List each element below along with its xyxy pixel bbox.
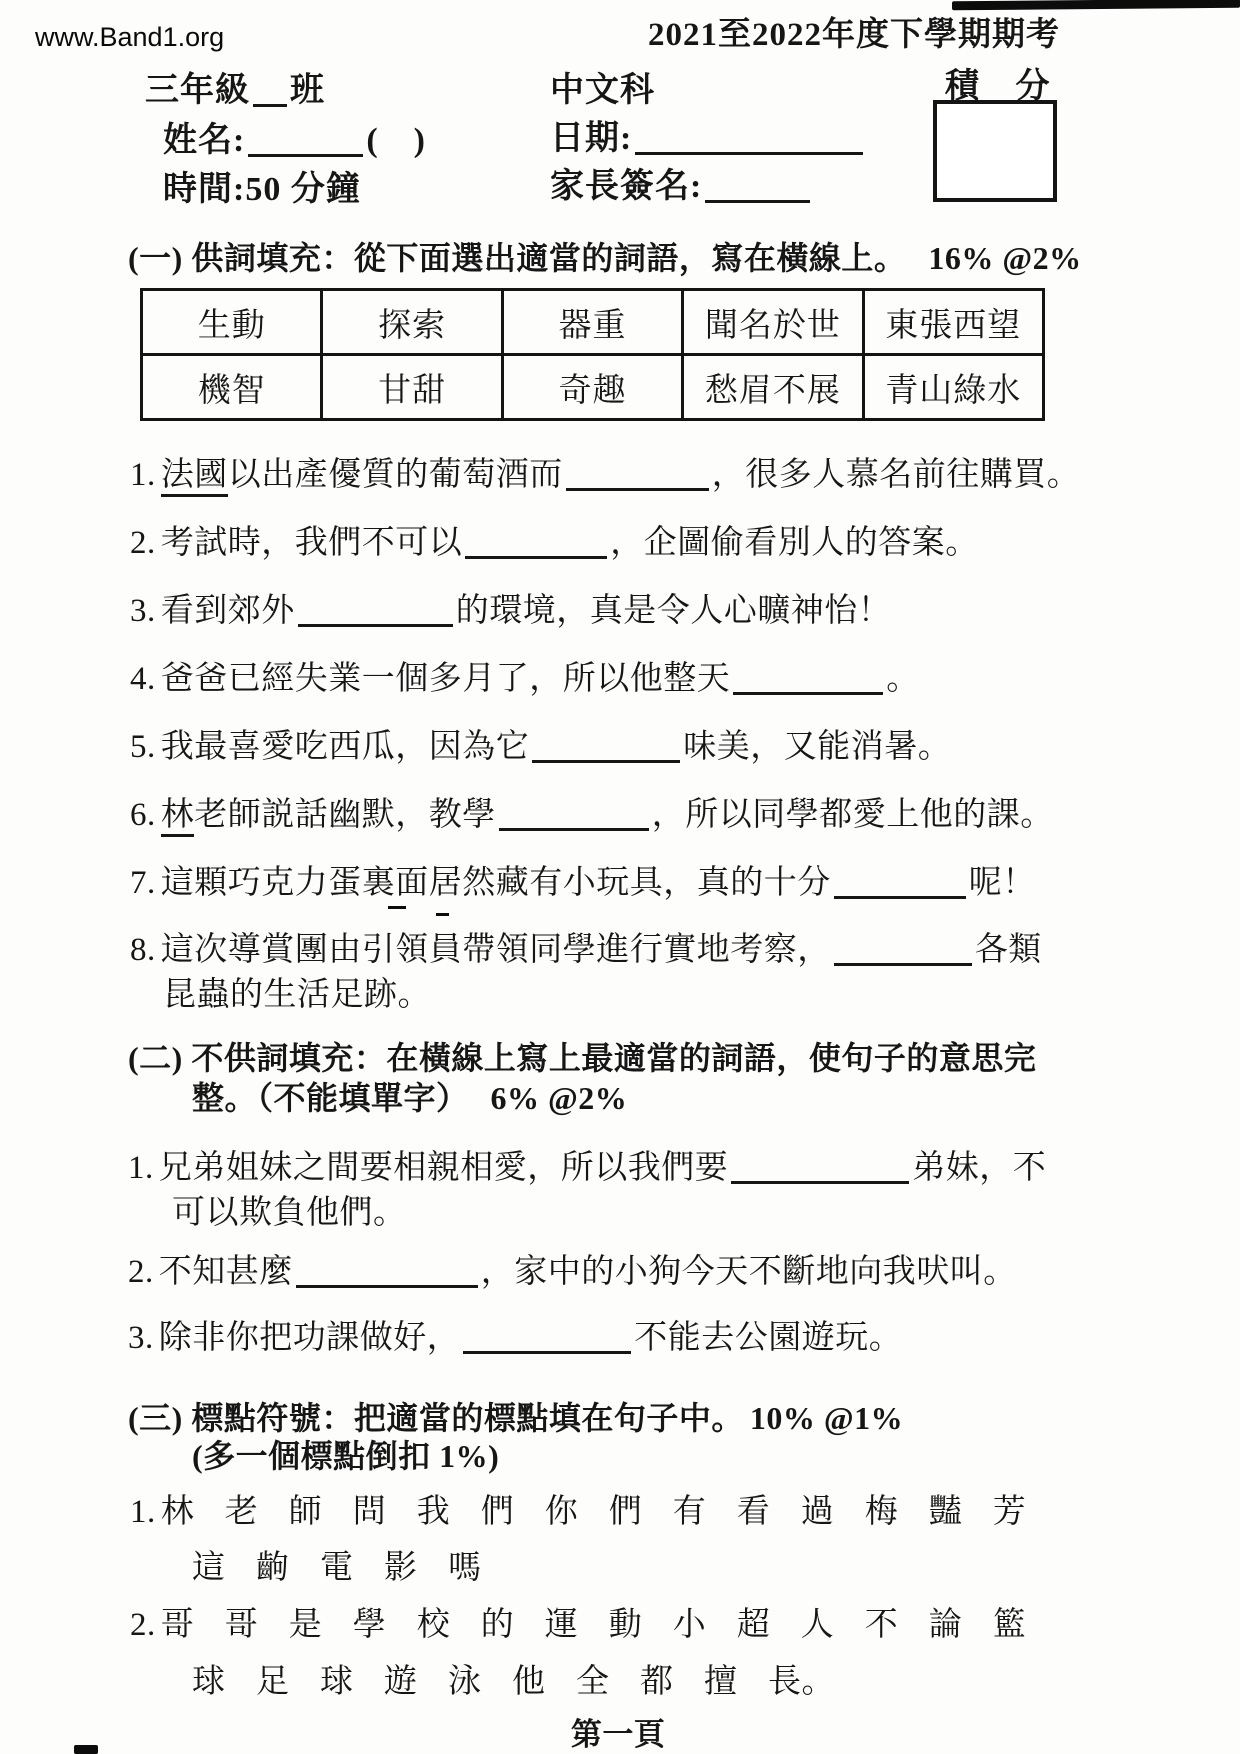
punct-char: 有 (673, 1492, 709, 1533)
punct-char: 足 (256, 1662, 292, 1703)
sentence-text: 可以欺負他們。 (172, 1195, 407, 1231)
name-label: 姓名: (163, 122, 245, 159)
sentence-text: 爸爸已經失業一個多月了，所以他整天 (161, 661, 731, 697)
sentence-line: 2.不知甚麼，家中的小狗今天不斷地向我吠叫。 (128, 1252, 1017, 1293)
sentence-text: ，很多人慕名前往購買。 (712, 457, 1081, 493)
punct-char: 不 (865, 1605, 901, 1646)
item-number: 1. (130, 457, 156, 493)
name-line: 姓名:( ) (163, 112, 426, 161)
punct-char: 泳 (448, 1662, 484, 1703)
parent-sign-blank (705, 200, 810, 203)
section3-heading-line1: (三) 標點符號：把適當的標點填在句子中。10% @1% (128, 1398, 903, 1438)
scan-artifact-dash (388, 906, 406, 909)
sentence-text: 不能去公園遊玩。 (634, 1320, 902, 1356)
answer-blank (532, 760, 680, 763)
punct-char: 哥 (161, 1605, 197, 1646)
section2-heading-line2-text: 整。（不能填單字） (192, 1080, 469, 1116)
punct-char: 們 (609, 1492, 645, 1533)
underlined-word: 林 (161, 797, 195, 837)
punct-char: 豔 (929, 1492, 965, 1533)
sentence-line: 8.這次導賞團由引領員帶領同學進行實地考察，各類 (130, 930, 1042, 971)
section3-marks: 10% @1% (750, 1400, 903, 1436)
sentence-line: 7.這顆巧克力蛋裏面居然藏有小玩具，真的十分呢！ (130, 863, 1036, 904)
punct-char: 你 (545, 1492, 581, 1533)
section3-heading-line1-text: (三) 標點符號：把適當的標點填在句子中。 (128, 1400, 744, 1436)
time-label: 時間:50 分鐘 (163, 161, 361, 210)
punctuation-line: 1.林老師問我們你們有看過梅豔芳 (130, 1492, 1026, 1533)
sentence-text: 考試時，我們不可以 (161, 525, 463, 561)
name-blank (248, 154, 363, 157)
punct-char: 超 (737, 1605, 773, 1646)
sentence-text: 這顆巧克力蛋裏面居然藏有小玩具，真的十分 (161, 865, 831, 901)
sentence-text: 除非你把功課做好， (159, 1320, 461, 1356)
sentence-text: 的環境，真是令人心曠神怡！ (456, 593, 892, 629)
punctuation-line: 這齣電影嗎 (192, 1548, 482, 1589)
word-bank-cell: 聞名於世 (683, 290, 863, 355)
punct-char: 擅 (704, 1662, 740, 1703)
sentence-text: 老師説話幽默，教學 (194, 797, 496, 833)
punct-char: 動 (609, 1605, 645, 1646)
scan-artifact-dash (436, 913, 449, 916)
sentence-line: 4.爸爸已經失業一個多月了，所以他整天。 (130, 659, 920, 700)
sentence-line: 3.看到郊外的環境，真是令人心曠神怡！ (130, 591, 891, 632)
word-bank-cell: 奇趣 (502, 355, 682, 420)
answer-blank (296, 1285, 478, 1288)
punct-char: 長。 (768, 1662, 835, 1703)
answer-blank (463, 1351, 631, 1354)
word-bank-row: 機智甘甜奇趣愁眉不展青山綠水 (142, 355, 1044, 420)
sentence-text: 我最喜愛吃西瓜，因為它 (161, 729, 530, 765)
punct-char: 球 (320, 1662, 356, 1703)
punct-char: 小 (673, 1605, 709, 1646)
sentence-text: 這次導賞團由引領員帶領同學進行實地考察， (161, 932, 831, 968)
sentence-line: 1.兄弟姐妹之間要相親相愛，所以我們要弟妹，不 (128, 1148, 1046, 1189)
item-number: 4. (130, 661, 156, 697)
word-bank-cell: 探索 (322, 290, 502, 355)
sentence-line: 6.林老師説話幽默，教學，所以同學都愛上他的課。 (130, 795, 1054, 836)
word-bank-cell: 生動 (142, 290, 322, 355)
answer-blank (499, 828, 649, 831)
item-number: 2. (128, 1254, 154, 1290)
punct-char: 這 (192, 1548, 228, 1589)
sentence-text: 各類 (975, 932, 1042, 968)
punct-char: 是 (289, 1605, 325, 1646)
section2-heading-line1: (二) 不供詞填充：在橫線上寫上最適當的詞語，使句子的意思完 (128, 1038, 1036, 1078)
exam-title: 2021至2022年度下學期期考 (648, 8, 1060, 55)
sentence-line: 1.法國以出產優質的葡萄酒而，很多人慕名前往購買。 (130, 455, 1080, 496)
sentence-text: 看到郊外 (161, 593, 295, 629)
sentence-text: 味美，又能消暑。 (683, 729, 951, 765)
sentence-text: 不知甚麼 (159, 1254, 293, 1290)
score-box (933, 100, 1057, 202)
punct-char: 芳 (993, 1492, 1027, 1533)
word-bank-row: 生動探索器重聞名於世東張西望 (142, 290, 1044, 355)
punct-char: 運 (545, 1605, 581, 1646)
name-paren: ( ) (366, 122, 426, 159)
watermark: www.Band1.org (35, 22, 224, 53)
answer-blank (834, 896, 966, 899)
page-footer: 第一頁 (571, 1716, 666, 1754)
punct-char: 林 (161, 1492, 197, 1533)
item-number: 7. (130, 865, 156, 901)
sentence-text: 呢！ (969, 865, 1036, 901)
section3-heading-line2: (多一個標點倒扣 1%) (192, 1436, 499, 1476)
punct-char: 電 (320, 1548, 356, 1589)
section2-marks: 6% @2% (491, 1080, 628, 1116)
punct-char: 影 (384, 1548, 420, 1589)
answer-blank (731, 1181, 909, 1184)
sentence-text: 昆蟲的生活足跡。 (163, 977, 431, 1013)
punct-char: 嗎 (448, 1548, 482, 1589)
answer-blank (834, 963, 972, 966)
answer-blank (298, 624, 453, 627)
date-label: 日期: (550, 120, 632, 157)
sentence-line: 5.我最喜愛吃西瓜，因為它味美，又能消暑。 (130, 727, 951, 768)
punct-char: 我 (417, 1492, 453, 1533)
item-number: 5. (130, 729, 156, 765)
scan-artifact-bottom (74, 1745, 98, 1754)
item-number: 2. (130, 1607, 156, 1643)
punct-char: 齣 (256, 1548, 292, 1589)
word-bank-cell: 東張西望 (863, 290, 1043, 355)
parent-sign-label: 家長簽名: (550, 168, 702, 205)
word-bank-table: 生動探索器重聞名於世東張西望機智甘甜奇趣愁眉不展青山綠水 (140, 288, 1045, 421)
punct-char: 問 (353, 1492, 389, 1533)
punct-char: 師 (289, 1492, 325, 1533)
parent-sign-line: 家長簽名: (550, 158, 813, 207)
punct-char: 看 (737, 1492, 773, 1533)
subject-label: 中文科 (550, 62, 655, 111)
section2-heading-line2: 整。（不能填單字）6% @2% (192, 1078, 627, 1118)
section1-heading-text: (一) 供詞填充：從下面選出適當的詞語，寫在橫線上。 (128, 240, 906, 276)
sentence-text: 。 (886, 661, 920, 697)
punctuation-line: 球足球遊泳他全都擅長。 (192, 1662, 835, 1703)
sentence-text: 兄弟姐妹之間要相親相愛，所以我們要 (159, 1150, 729, 1186)
sentence-line: 2.考試時，我們不可以，企圖偷看別人的答案。 (130, 523, 979, 564)
punct-char: 過 (801, 1492, 837, 1533)
grade-class-line: 三年級班 (145, 62, 325, 111)
item-number: 3. (128, 1320, 154, 1356)
underlined-word: 法國 (161, 457, 228, 497)
punct-char: 他 (512, 1662, 548, 1703)
punct-char: 梅 (865, 1492, 901, 1533)
item-number: 1. (130, 1494, 156, 1530)
date-blank (635, 152, 863, 155)
punct-char: 遊 (384, 1662, 420, 1703)
class-blank (253, 104, 287, 107)
word-bank-cell: 器重 (502, 290, 682, 355)
answer-blank (566, 488, 709, 491)
sentence-continuation-line: 可以欺負他們。 (172, 1193, 407, 1234)
word-bank-cell: 青山綠水 (863, 355, 1043, 420)
answer-blank (733, 692, 883, 695)
date-line: 日期: (550, 110, 866, 159)
punct-char: 哥 (225, 1605, 261, 1646)
item-number: 8. (130, 932, 156, 968)
sentence-line: 3.除非你把功課做好，不能去公園遊玩。 (128, 1318, 902, 1359)
punct-char: 人 (801, 1605, 837, 1646)
punct-char: 老 (225, 1492, 261, 1533)
punct-char: 球 (192, 1662, 228, 1703)
grade-label: 三年級 (145, 72, 250, 109)
item-number: 1. (128, 1150, 154, 1186)
item-number: 2. (130, 525, 156, 561)
sentence-text: ，所以同學都愛上他的課。 (652, 797, 1054, 833)
punct-char: 學 (353, 1605, 389, 1646)
answer-blank (465, 556, 607, 559)
item-number: 3. (130, 593, 156, 629)
punct-char: 全 (576, 1662, 612, 1703)
sentence-text: 以出產優質的葡萄酒而 (228, 457, 563, 493)
sentence-text: ，企圖偷看別人的答案。 (610, 525, 979, 561)
sentence-continuation-line: 昆蟲的生活足跡。 (163, 975, 431, 1016)
punct-char: 都 (640, 1662, 676, 1703)
punct-char: 的 (481, 1605, 517, 1646)
word-bank-cell: 機智 (142, 355, 322, 420)
item-number: 6. (130, 797, 156, 833)
sentence-text: ，家中的小狗今天不斷地向我吠叫。 (481, 1254, 1017, 1290)
exam-paper-page: www.Band1.org 2021至2022年度下學期期考 三年級班 中文科 … (0, 0, 1240, 1754)
punct-char: 們 (481, 1492, 517, 1533)
class-label: 班 (290, 72, 325, 109)
section1-marks: 16% @2% (928, 240, 1081, 276)
section1-heading: (一) 供詞填充：從下面選出適當的詞語，寫在橫線上。16% @2% (128, 238, 1082, 278)
word-bank-cell: 甘甜 (322, 355, 502, 420)
word-bank-cell: 愁眉不展 (683, 355, 863, 420)
punct-char: 籃 (993, 1605, 1027, 1646)
punct-char: 論 (929, 1605, 965, 1646)
sentence-text: 弟妹，不 (912, 1150, 1046, 1186)
punctuation-line: 2.哥哥是學校的運動小超人不論籃 (130, 1605, 1026, 1646)
punct-char: 校 (417, 1605, 453, 1646)
